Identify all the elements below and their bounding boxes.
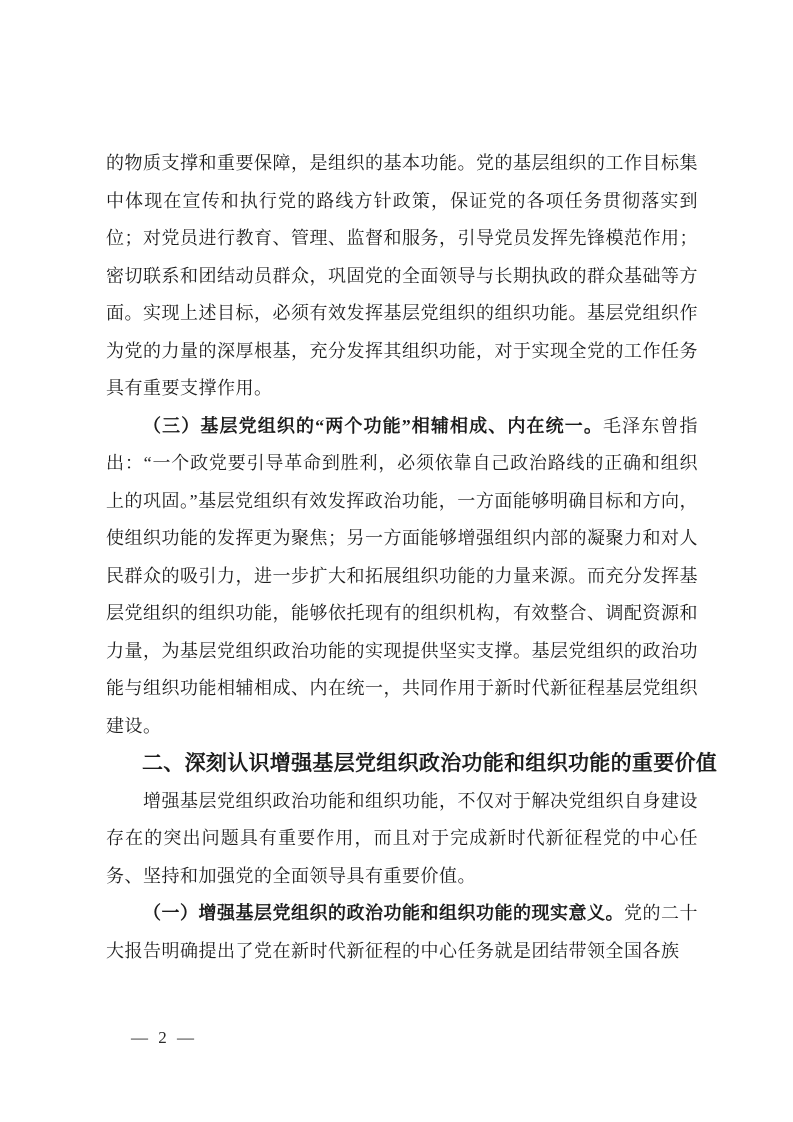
paragraph-point-one-lead: （一）增强基层党组织的政治功能和组织功能的现实意义。 [143, 903, 624, 923]
paragraph-point-three: （三）基层党组织的“两个功能”相辅相成、内在统一。毛泽东曾指出：“一个政党要引导… [106, 408, 698, 746]
page-content: 的物质支撑和重要保障，是组织的基本功能。党的基层组织的工作目标集中体现在宣传和执… [106, 145, 698, 970]
page-number: — 2 — [131, 1028, 197, 1048]
document-page: 的物质支撑和重要保障，是组织的基本功能。党的基层组织的工作目标集中体现在宣传和执… [0, 0, 793, 1122]
paragraph-point-three-body: 毛泽东曾指出：“一个政党要引导革命到胜利，必须依靠自己政治路线的正确和组织上的巩… [106, 416, 698, 736]
paragraph-continuation: 的物质支撑和重要保障，是组织的基本功能。党的基层组织的工作目标集中体现在宣传和执… [106, 145, 698, 408]
paragraph-point-one: （一）增强基层党组织的政治功能和组织功能的现实意义。党的二十大报告明确提出了党在… [106, 895, 698, 970]
section-heading: 二、深刻认识增强基层党组织政治功能和组织功能的重要价值 [106, 745, 698, 783]
paragraph-point-three-lead: （三）基层党组织的“两个功能”相辅相成、内在统一。 [143, 416, 603, 436]
paragraph-section-intro: 增强基层党组织政治功能和组织功能，不仅对于解决党组织自身建设存在的突出问题具有重… [106, 783, 698, 896]
